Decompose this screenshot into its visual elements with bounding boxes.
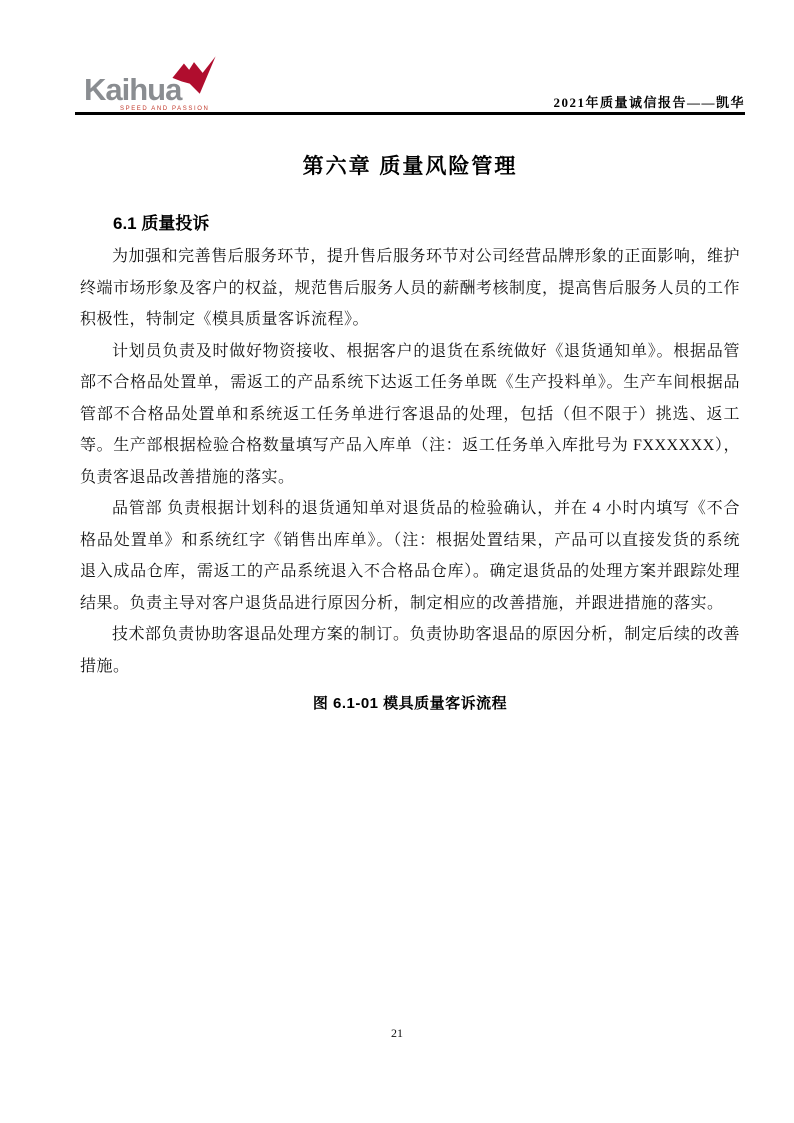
header-divider-line: [75, 112, 745, 115]
logo-wordmark: Kaihua: [84, 75, 181, 105]
hummingbird-logo-icon: [171, 54, 217, 101]
company-logo: Kaihua SPEED AND PASSION: [84, 54, 234, 112]
paragraph-2: 计划员负责及时做好物资接收、根据客户的退货在系统做好《退货通知单》。根据品管部不…: [80, 336, 740, 494]
report-header-title: 2021年质量诚信报告——凯华: [553, 92, 745, 111]
document-page: Kaihua SPEED AND PASSION 2021年质量诚信报告——凯华…: [0, 0, 794, 1123]
chapter-title: 第六章 质量风险管理: [80, 150, 740, 180]
paragraph-4: 技术部负责协助客退品处理方案的制订。负责协助客退品的原因分析，制定后续的改善措施…: [80, 619, 740, 682]
page-number: 21: [0, 1026, 794, 1041]
figure-caption: 图 6.1-01 模具质量客诉流程: [80, 692, 740, 713]
paragraph-1: 为加强和完善售后服务环节，提升售后服务环节对公司经营品牌形象的正面影响，维护终端…: [80, 241, 740, 336]
section-heading: 6.1 质量投诉: [80, 212, 740, 236]
paragraph-3: 品管部 负责根据计划科的退货通知单对退货品的检验确认，并在 4 小时内填写《不合…: [80, 493, 740, 619]
content-area: 6.1 质量投诉 为加强和完善售后服务环节，提升售后服务环节对公司经营品牌形象的…: [80, 212, 740, 713]
